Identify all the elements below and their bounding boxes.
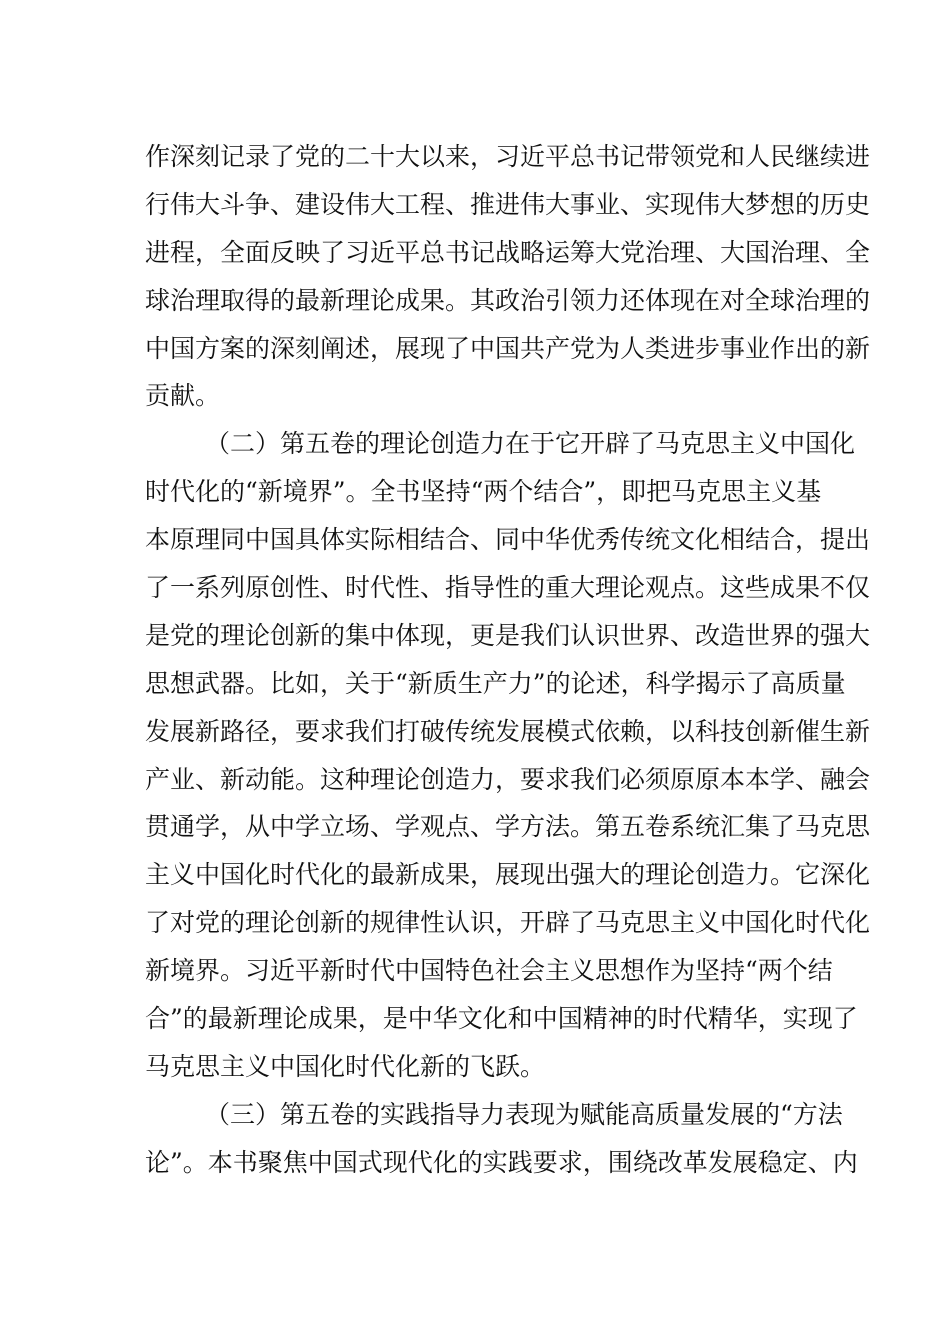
text-line: 进程，全面反映了习近平总书记战略运筹大党治理、大国治理、全 xyxy=(145,229,810,277)
text-line: 中国方案的深刻阐述，展现了中国共产党为人类进步事业作出的新 xyxy=(145,325,810,373)
text-line: 行伟大斗争、建设伟大工程、推进伟大事业、实现伟大梦想的历史 xyxy=(145,181,810,229)
document-page: 作深刻记录了党的二十大以来，习近平总书记带领党和人民继续进 行伟大斗争、建设伟大… xyxy=(0,0,950,1344)
text-line: 是党的理论创新的集中体现，更是我们认识世界、改造世界的强大 xyxy=(145,612,810,660)
paragraph-heading-line: （二）第五卷的理论创造力在于它开辟了马克思主义中国化 xyxy=(145,420,810,468)
text-line: 了一系列原创性、时代性、指导性的重大理论观点。这些成果不仅 xyxy=(145,564,810,612)
text-line: 产业、新动能。这种理论创造力，要求我们必须原原本本学、融会 xyxy=(145,756,810,804)
paragraph-political-leadership: 作深刻记录了党的二十大以来，习近平总书记带领党和人民继续进 行伟大斗争、建设伟大… xyxy=(145,133,810,420)
text-line: 主义中国化时代化的最新成果，展现出强大的理论创造力。它深化 xyxy=(145,851,810,899)
text-line: 新境界。习近平新时代中国特色社会主义思想作为坚持“两个结 xyxy=(145,947,810,995)
text-line: 合”的最新理论成果，是中华文化和中国精神的时代精华，实现了 xyxy=(145,995,810,1043)
text-line: 贡献。 xyxy=(145,372,810,420)
paragraph-practice-guidance: （三）第五卷的实践指导力表现为赋能高质量发展的“方法 论”。本书聚焦中国式现代化… xyxy=(145,1091,810,1187)
text-line: 马克思主义中国化时代化新的飞跃。 xyxy=(145,1043,810,1091)
paragraph-theory-creativity: （二）第五卷的理论创造力在于它开辟了马克思主义中国化 时代化的“新境界”。全书坚… xyxy=(145,420,810,1090)
paragraph-heading-line: （三）第五卷的实践指导力表现为赋能高质量发展的“方法 xyxy=(145,1091,810,1139)
document-body: 作深刻记录了党的二十大以来，习近平总书记带领党和人民继续进 行伟大斗争、建设伟大… xyxy=(145,133,810,1187)
text-line: 贯通学，从中学立场、学观点、学方法。第五卷系统汇集了马克思 xyxy=(145,803,810,851)
text-line: 发展新路径，要求我们打破传统发展模式依赖，以科技创新催生新 xyxy=(145,708,810,756)
text-line: 论”。本书聚焦中国式现代化的实践要求，围绕改革发展稳定、内 xyxy=(145,1139,810,1187)
text-line: 球治理取得的最新理论成果。其政治引领力还体现在对全球治理的 xyxy=(145,277,810,325)
text-line: 思想武器。比如，关于“新质生产力”的论述，科学揭示了高质量 xyxy=(145,660,810,708)
text-line: 时代化的“新境界”。全书坚持“两个结合”，即把马克思主义基 xyxy=(145,468,810,516)
text-line: 本原理同中国具体实际相结合、同中华优秀传统文化相结合，提出 xyxy=(145,516,810,564)
text-line: 作深刻记录了党的二十大以来，习近平总书记带领党和人民继续进 xyxy=(145,133,810,181)
text-line: 了对党的理论创新的规律性认识，开辟了马克思主义中国化时代化 xyxy=(145,899,810,947)
